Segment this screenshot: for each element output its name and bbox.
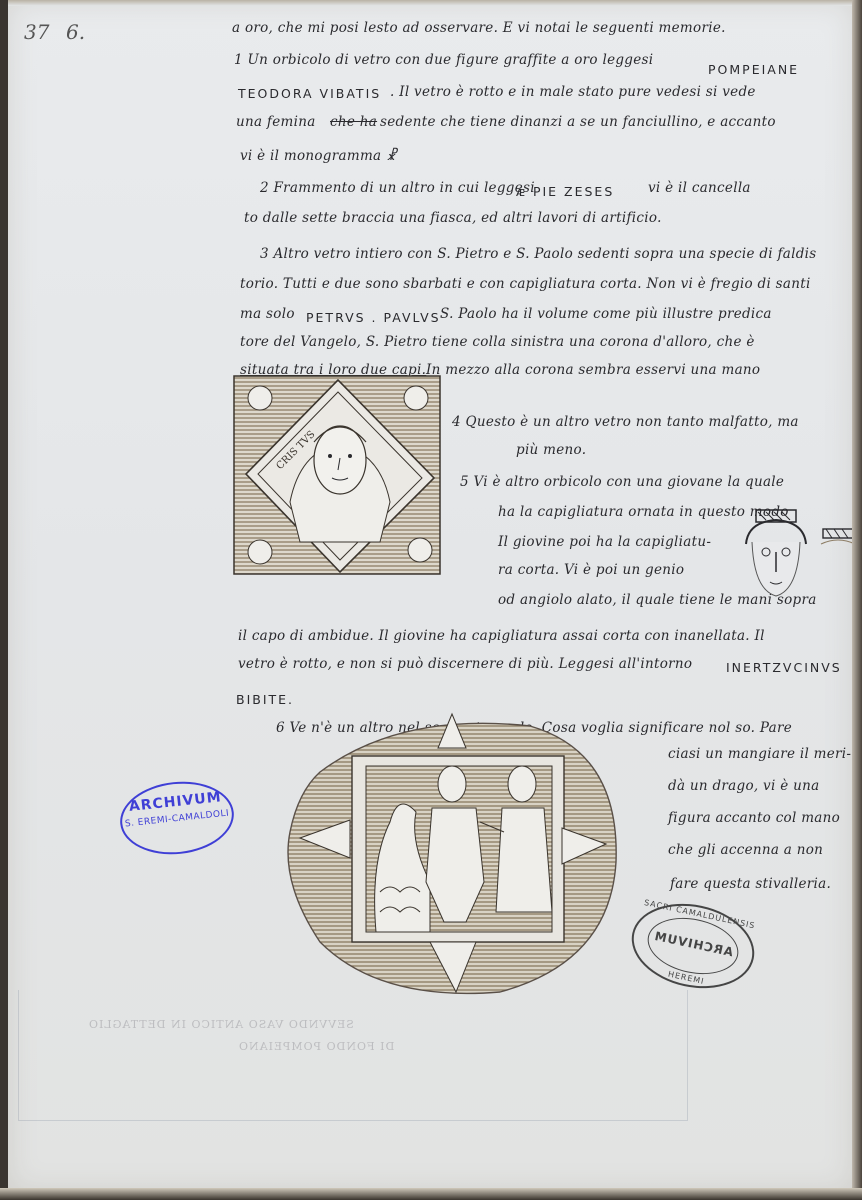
page-bottom-edge <box>0 1188 862 1200</box>
text-line: vi è il monogramma ☧ <box>240 148 397 164</box>
inscription: ᴁ PIE ZESES <box>516 184 614 199</box>
inscription: PETRVS . PAVLVS <box>306 310 441 325</box>
inscription: BIBITE. <box>236 692 294 707</box>
text-line: tore del Vangelo, S. Pietro tiene colla … <box>240 334 755 350</box>
text-line: 4 Questo è un altro vetro non tanto malf… <box>452 414 799 430</box>
text-line: vi è il cancella <box>648 180 751 196</box>
text-line: figura accanto col mano <box>668 810 840 826</box>
text-line: 1 Un orbicolo di vetro con due figure gr… <box>234 52 653 68</box>
hair-ornament-sketch <box>820 526 856 546</box>
show-through-text: SEVVNDO VASO ANTICO IN DETTAGLIO <box>88 1018 354 1031</box>
oval-glass-drawing <box>280 712 626 1002</box>
text-line: S. Paolo ha il volume come più illustre … <box>440 306 772 322</box>
page-top-edge <box>8 0 862 6</box>
manuscript-page: 37 6. SEVVNDO VASO ANTICO IN DETTAGLIO D… <box>8 0 854 1192</box>
text-line: torio. Tutti e due sono sbarbati e con c… <box>240 276 811 292</box>
text-line: 3 Altro vetro intiero con S. Pietro e S.… <box>260 246 817 262</box>
inscription: TEODORA VIBATIS <box>238 86 381 101</box>
text-line: Il giovine poi ha la capigliatu- <box>498 534 711 550</box>
text-line: ma solo <box>240 306 295 322</box>
folio-number: 37 <box>24 20 49 44</box>
struck-text: che ha <box>330 114 377 130</box>
text-line: vetro è rotto, e non si può discernere d… <box>238 656 692 672</box>
square-glass-drawing: CRIS TVS <box>230 372 446 580</box>
text-line: ra corta. Vi è poi un genio <box>498 562 684 578</box>
inscription: POMPEIANE <box>708 62 799 77</box>
text-line: In mezzo alla corona sembra esservi una … <box>426 362 760 378</box>
text-line: che gli accenna a non <box>668 842 823 858</box>
inscription: INERTZVCINVS <box>726 660 842 675</box>
archive-stamp-black: SACRI CAMALDULENSIS ARCHIVUM HEREMI <box>624 893 762 999</box>
binding-edge <box>852 0 862 1200</box>
text-line: 5 Vi è altro orbicolo con una giovane la… <box>460 474 784 490</box>
text-line: 2 Frammento di un altro in cui leggesi <box>260 180 535 196</box>
show-through-frame <box>18 990 688 1121</box>
text-line: il capo di ambidue. Il giovine ha capigl… <box>238 628 765 644</box>
text-line: sedente che tiene dinanzi a se un fanciu… <box>380 114 776 130</box>
text-line: to dalle sette braccia una fiasca, ed al… <box>244 210 662 226</box>
head-sketch <box>740 508 810 600</box>
text-line: ciasi un mangiare il meri- <box>668 746 851 762</box>
text-line: una femina <box>236 114 316 130</box>
text-line: a oro, che mi posi lesto ad osservare. E… <box>232 20 726 36</box>
archive-stamp-blue: ARCHIVUM S. EREMI-CAMALDOLI <box>117 776 238 860</box>
show-through-text: DI FONDO POMPEIANO <box>238 1040 394 1053</box>
text-line: fare questa stivalleria. <box>670 876 831 892</box>
text-line: dà un drago, vi è una <box>668 778 819 794</box>
text-line: più meno. <box>516 442 586 458</box>
page-number: 6. <box>66 20 85 44</box>
text-line: . Il vetro è rotto e in male stato pure … <box>390 84 756 100</box>
